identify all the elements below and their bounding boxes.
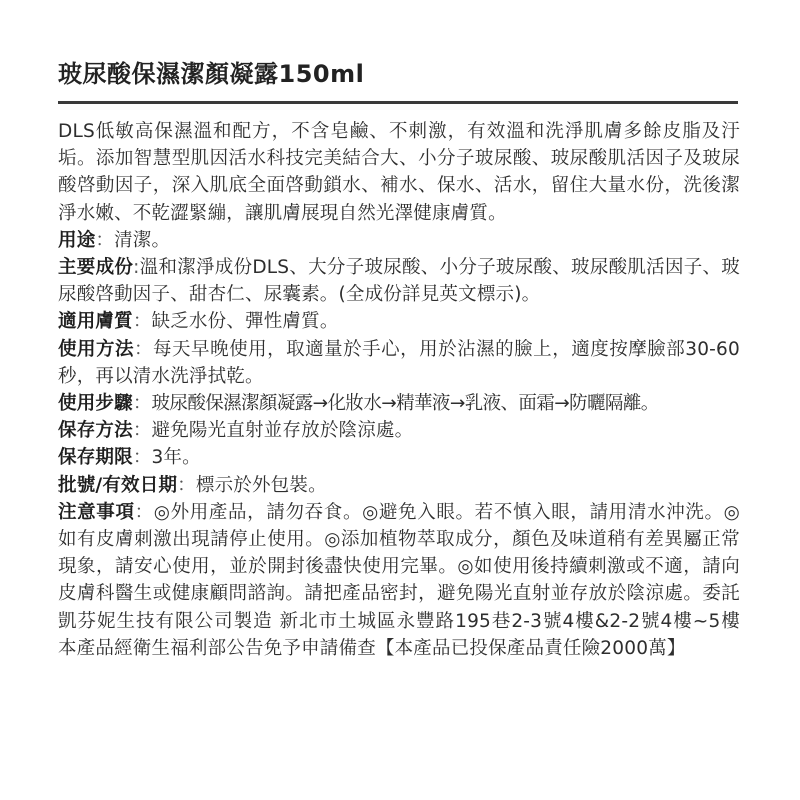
section-label: 使用方法 — [58, 339, 134, 360]
section-batch-expiry: 批號/有效日期：標示於外包裝。 — [58, 472, 740, 499]
section-label: 批號/有效日期 — [58, 475, 177, 496]
section-shelf-life: 保存期限：3年。 — [58, 444, 740, 471]
section-text: ◎外用產品，請勿吞食。◎避免入眼。若不慎入眼，請用清水沖洗。◎如有皮膚刺激出現請… — [58, 502, 759, 659]
section-text: 清潔。 — [114, 230, 170, 251]
section-separator: ： — [135, 502, 154, 523]
section-label: 保存期限 — [58, 447, 133, 468]
section-text: 3年。 — [152, 447, 201, 468]
section-label: 注意事項 — [58, 502, 135, 523]
section-separator: ： — [134, 339, 153, 360]
section-precautions: 注意事項：◎外用產品，請勿吞食。◎避免入眼。若不慎入眼，請用清水沖洗。◎如有皮膚… — [58, 499, 740, 662]
section-directions: 使用方法：每天早晚使用，取適量於手心，用於沾濕的臉上，適度按摩臉部30-60秒，… — [58, 336, 740, 390]
section-separator: ： — [133, 311, 152, 332]
section-label: 保存方法 — [58, 420, 133, 441]
product-title: 玻尿酸保濕潔顏凝露150ml — [58, 56, 740, 92]
section-separator: ： — [133, 420, 152, 441]
section-storage: 保存方法：避免陽光直射並存放於陰涼處。 — [58, 417, 740, 444]
section-separator: ： — [133, 393, 152, 414]
section-label: 主要成份 — [58, 257, 133, 278]
section-skin-type: 適用膚質：缺乏水份、彈性膚質。 — [58, 308, 740, 335]
product-details: DLS低敏高保濕溫和配方，不含皂鹼、不刺激，有效溫和洗淨肌膚多餘皮脂及汙垢。添加… — [58, 118, 740, 662]
section-main-ingredients: 主要成份:溫和潔淨成份DLS、大分子玻尿酸、小分子玻尿酸、玻尿酸肌活因子、玻尿酸… — [58, 254, 740, 308]
section-label: 用途 — [58, 230, 95, 251]
section-separator: ： — [177, 475, 196, 496]
section-text: 標示於外包裝。 — [196, 475, 327, 496]
section-text: 避免陽光直射並存放於陰涼處。 — [152, 420, 414, 441]
section-separator: ： — [95, 230, 114, 251]
product-description: DLS低敏高保濕溫和配方，不含皂鹼、不刺激，有效溫和洗淨肌膚多餘皮脂及汙垢。添加… — [58, 118, 740, 227]
section-label: 適用膚質 — [58, 311, 133, 332]
section-separator: ： — [133, 447, 152, 468]
title-divider — [58, 101, 738, 104]
section-text: 每天早晚使用，取適量於手心，用於沾濕的臉上，適度按摩臉部30-60秒，再以清水洗… — [58, 339, 740, 387]
section-text: 玻尿酸保濕潔顏凝露→化妝水→精華液→乳液、面霜→防曬隔離。 — [152, 393, 659, 414]
section-usage-steps: 使用步驟：玻尿酸保濕潔顏凝露→化妝水→精華液→乳液、面霜→防曬隔離。 — [58, 390, 740, 417]
section-text: 缺乏水份、彈性膚質。 — [152, 311, 339, 332]
product-info-sheet: 玻尿酸保濕潔顏凝露150ml DLS低敏高保濕溫和配方，不含皂鹼、不刺激，有效溫… — [58, 56, 740, 662]
section-label: 使用步驟 — [58, 393, 133, 414]
section-usage: 用途：清潔。 — [58, 227, 740, 254]
section-text: 溫和潔淨成份DLS、大分子玻尿酸、小分子玻尿酸、玻尿酸肌活因子、玻尿酸啓動因子、… — [58, 257, 740, 305]
